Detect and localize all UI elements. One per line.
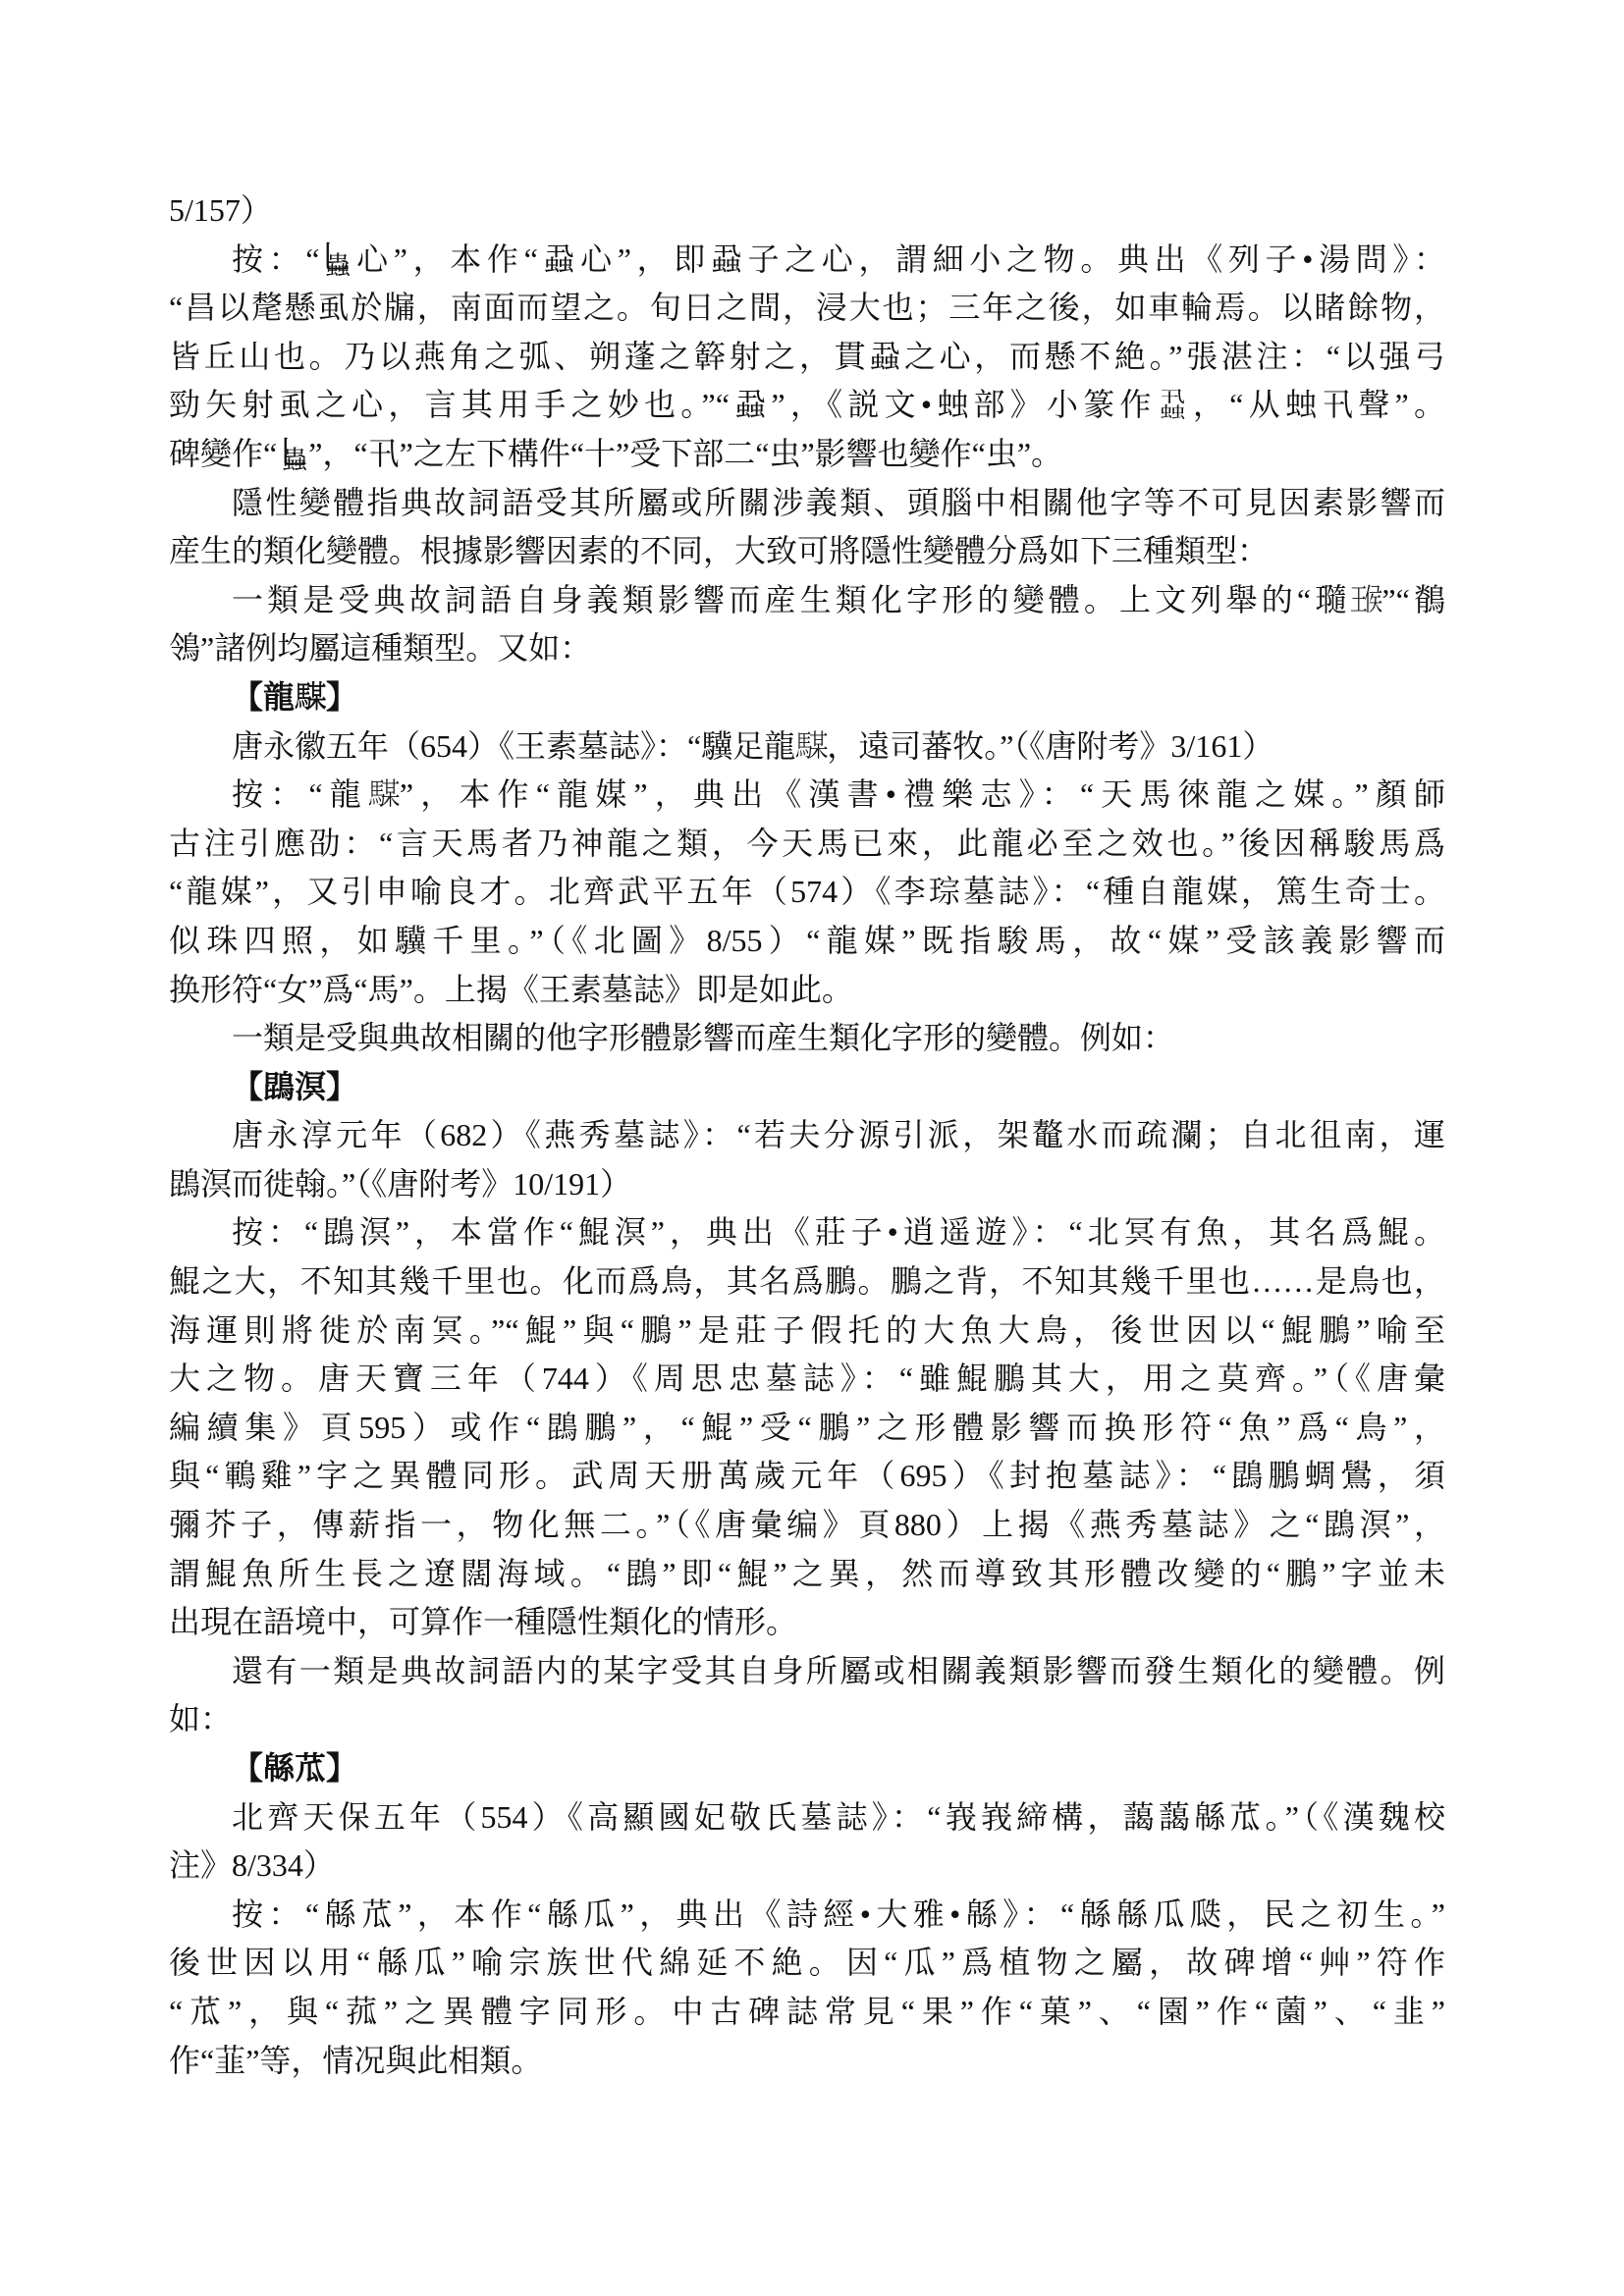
text-line: 産生的類化變體。根據影響因素的不同，大致可將隱性變體分爲如下三種類型： [169, 527, 1445, 576]
text-line: 謂鯤魚所生長之遼闊海域。“鵾”即“鯤”之異，然而導致其形體改變的“鵬”字並未 [169, 1550, 1445, 1599]
document-page: 5/157）按：“乚蟲心”，本作“蝨心”，即蝨子之心，謂細小之物。典出《列子•湯… [0, 0, 1624, 2296]
text-line: 注》8/334） [169, 1842, 1445, 1891]
composed-rare-glyph: 王侯 [1350, 583, 1381, 614]
text-line: 勁矢射虱之心，言其用手之妙也。”“蝨”，《説文•䖵部》小篆作卂䖵，“从䖵卂聲”。 [169, 381, 1445, 430]
text-line: 按：“龍馬某”，本作“龍媒”，典出《漢書•禮樂志》：“天馬徠龍之媒。”顏師 [169, 771, 1445, 820]
section-heading: 【龍馬某】 [169, 673, 1445, 722]
text-block: 5/157）按：“乚蟲心”，本作“蝨心”，即蝨子之心，謂細小之物。典出《列子•湯… [169, 187, 1445, 2085]
text-line: 一類是受與典故相關的他字形體影響而産生類化字形的變體。例如： [169, 1014, 1445, 1063]
section-heading: 【鵾溟】 [169, 1063, 1445, 1112]
text-line: 北齊天保五年（554）《高顯國妃敬氏墓誌》：“峩峩締構，藹藹緜苽。”（《漢魏校 [169, 1793, 1445, 1842]
text-line: 編續集》頁595）或作“鵾鵬”，“鯤”受“鵬”之形體影響而换形符“魚”爲“鳥”， [169, 1404, 1445, 1453]
text-line: 還有一類是典故詞語内的某字受其自身所屬或相關義類影響而發生類化的變體。例 [169, 1647, 1445, 1696]
composed-rare-glyph: 馬某 [295, 680, 326, 712]
section-heading: 【緜苽】 [169, 1744, 1445, 1793]
text-line: 5/157） [169, 187, 1445, 236]
text-line: “昌以氂懸虱於牖，南面而望之。旬日之間，浸大也；三年之後，如車輪焉。以睹餘物， [169, 284, 1445, 333]
text-line: 一類是受典故詞語自身義類影響而産生類化字形的變體。上文列舉的“瓍王侯”“鶺 [169, 576, 1445, 625]
text-line: 後世因以用“緜瓜”喻宗族世代綿延不絶。因“瓜”爲植物之屬，故碑增“艸”符作 [169, 1939, 1445, 1988]
text-line: 如： [169, 1695, 1445, 1744]
text-line: 鵾溟而徙翰。”（《唐附考》10/191） [169, 1160, 1445, 1209]
text-line: 鯤之大，不知其幾千里也。化而爲鳥，其名爲鵬。鵬之背，不知其幾千里也……是鳥也， [169, 1257, 1445, 1307]
composed-rare-glyph: 卂䖵 [1157, 389, 1188, 420]
text-line: 彌芥子，傳薪指一，物化無二。”（《唐彙编》頁880）上揭《燕秀墓誌》之“鵾溟”， [169, 1501, 1445, 1550]
text-line: 按：“乚蟲心”，本作“蝨心”，即蝨子之心，謂細小之物。典出《列子•湯問》： [169, 236, 1445, 285]
text-line: 唐永徽五年（654）《王素墓誌》：“驥足龍馬某，遠司蕃牧。”（《唐附考》3/16… [169, 722, 1445, 772]
text-line: 皆丘山也。乃以燕角之弧、朔蓬之簳射之，貫蝨之心，而懸不絶。”張湛注：“以强弓 [169, 333, 1445, 382]
text-line: 唐永淳元年（682）《燕秀墓誌》：“若夫分源引派，架鼇水而疏瀾；自北徂南，運 [169, 1111, 1445, 1160]
composed-rare-glyph: 乚蟲 [277, 437, 308, 468]
text-line: 出現在語境中，可算作一種隱性類化的情形。 [169, 1598, 1445, 1647]
text-line: “苽”，與“菰”之異體字同形。中古碑誌常見“果”作“菓”、“園”作“薗”、“韭” [169, 1988, 1445, 2037]
text-line: 與“鶤雞”字之異體同形。武周天册萬歲元年（695）《封抱墓誌》：“鵾鵬蜩鷽，須 [169, 1452, 1445, 1501]
composed-rare-glyph: 馬某 [368, 777, 400, 809]
text-line: 作“韮”等，情况與此相類。 [169, 2037, 1445, 2086]
text-line: 大之物。唐天寶三年（744）《周思忠墓誌》：“雖鯤鵬其大，用之莫齊。”（《唐彙 [169, 1355, 1445, 1404]
composed-rare-glyph: 馬某 [795, 729, 827, 761]
text-line: 鴒”諸例均屬這種類型。又如： [169, 624, 1445, 673]
text-line: 按：“鵾溟”，本當作“鯤溟”，典出《莊子•逍遥遊》：“北冥有魚，其名爲鯤。 [169, 1208, 1445, 1257]
text-line: 似珠四照，如驥千里。”（《北圖》8/55）“龍媒”既指駿馬，故“媒”受該義影響而 [169, 917, 1445, 966]
text-line: 海運則將徙於南冥。”“鯤”與“鵬”是莊子假托的大魚大鳥，後世因以“鯤鵬”喻至 [169, 1307, 1445, 1356]
text-line: 隱性變體指典故詞語受其所屬或所關涉義類、頭腦中相關他字等不可見因素影響而 [169, 479, 1445, 528]
text-line: 按：“緜苽”，本作“緜瓜”，典出《詩經•大雅•緜》：“緜緜瓜瓞，民之初生。” [169, 1891, 1445, 1940]
composed-rare-glyph: 乚蟲 [320, 242, 352, 274]
text-line: 换形符“女”爲“馬”。上揭《王素墓誌》即是如此。 [169, 966, 1445, 1015]
text-line: 碑變作“乚蟲”，“卂”之左下構件“十”受下部二“虫”影響也變作“虫”。 [169, 430, 1445, 479]
text-line: “龍媒”，又引申喻良才。北齊武平五年（574）《李琮墓誌》：“種自龍媒，篤生奇士… [169, 868, 1445, 917]
text-line: 古注引應劭：“言天馬者乃神龍之類，今天馬已來，此龍必至之效也。”後因稱駿馬爲 [169, 820, 1445, 869]
